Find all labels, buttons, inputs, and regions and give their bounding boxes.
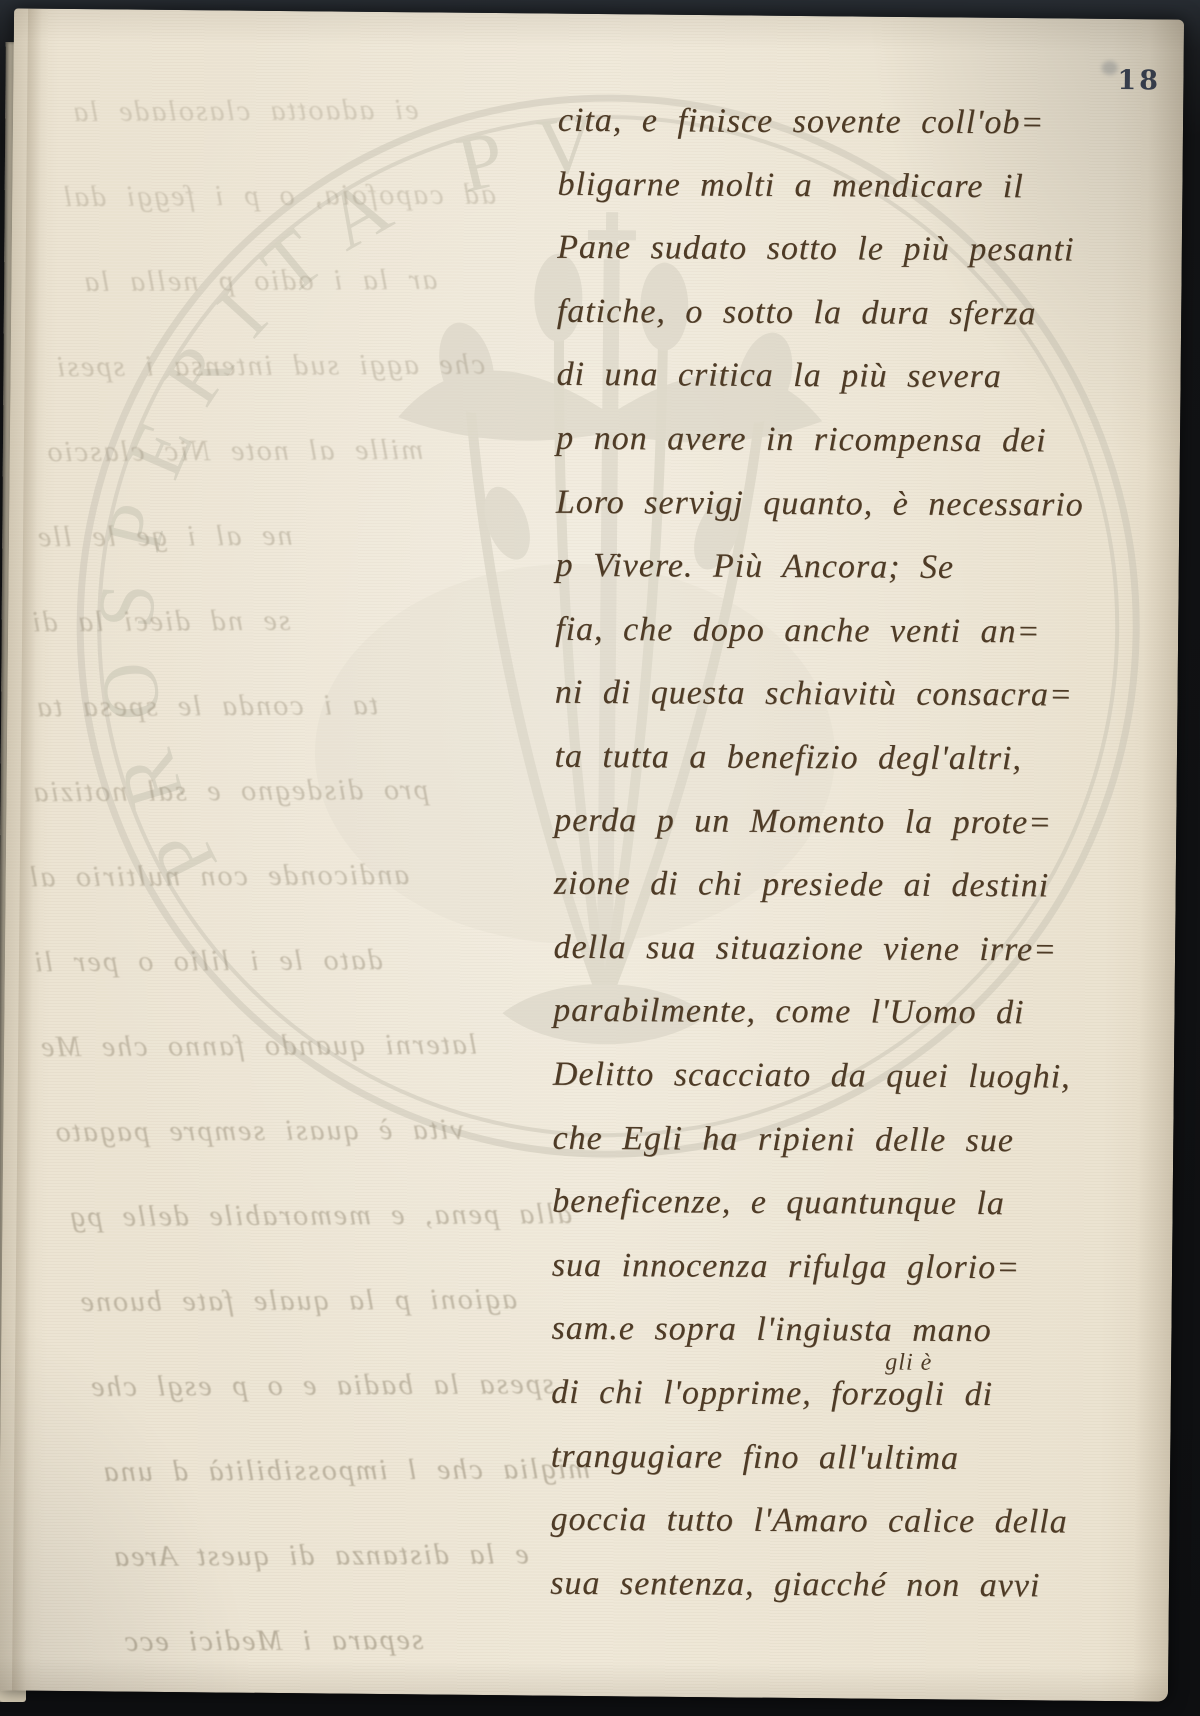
manuscript-line: di una critica la più severa bbox=[556, 356, 1002, 396]
manuscript-line: parabilmente, come l'Uomo di bbox=[553, 992, 1025, 1032]
page-number: 18 bbox=[1117, 65, 1161, 96]
manuscript-line: Delitto scacciato da quei luoghi, bbox=[553, 1056, 1071, 1097]
manuscript-line: fia, che dopo anche venti an= bbox=[555, 611, 1040, 652]
interlinear-insertion: gli è bbox=[885, 1350, 932, 1377]
manuscript-line: goccia tutto l'Amaro calice della bbox=[550, 1501, 1067, 1542]
manuscript-line: p non avere in ricompensa dei bbox=[556, 420, 1047, 461]
manuscript-line: cita, e finisce sovente coll'ob= bbox=[558, 102, 1045, 143]
manuscript-line: zione di chi presiede ai destini bbox=[554, 865, 1049, 906]
manuscript-line: ta tutta a benefizio degl'altri, bbox=[554, 738, 1022, 778]
manuscript-page: PROSPERITA PVBLICA bbox=[0, 8, 1184, 1701]
manuscript-line: di chi l'opprime, forzogli di bbox=[551, 1374, 993, 1414]
manuscript-line: perda p un Momento la prote= bbox=[554, 801, 1052, 842]
manuscript-line: Loro servigj quanto, è necessario bbox=[556, 483, 1084, 524]
photograph-background: PROSPERITA PVBLICA bbox=[0, 0, 1200, 1716]
manuscript-line: sua innocenza rifulga glorio= bbox=[552, 1247, 1020, 1287]
manuscript-line: sua sentenza, giacché non avvi bbox=[550, 1565, 1040, 1606]
ink-smudge bbox=[1102, 61, 1118, 75]
manuscript-line: beneficenze, e quantunque la bbox=[552, 1183, 1005, 1223]
manuscript-line: che Egli ha ripieni delle sue bbox=[552, 1119, 1014, 1159]
manuscript-text: gli è cita, e finisce sovente coll'ob=bl… bbox=[2, 11, 1181, 1699]
manuscript-line: Pane sudato sotto le più pesanti bbox=[557, 229, 1075, 270]
manuscript-line: ni di questa schiavitù consacra= bbox=[555, 674, 1073, 715]
manuscript-line: sam.e sopra l'ingiusta mano bbox=[551, 1310, 991, 1350]
manuscript-line: bligarne molti a mendicare il bbox=[557, 165, 1023, 205]
manuscript-line: fatiche, o sotto la dura sferza bbox=[557, 293, 1037, 334]
manuscript-line: trangugiare fino all'ultima bbox=[551, 1437, 959, 1477]
manuscript-line: della sua situazione viene irre= bbox=[553, 929, 1057, 970]
manuscript-line: p Vivere. Più Ancora; Se bbox=[555, 547, 954, 587]
